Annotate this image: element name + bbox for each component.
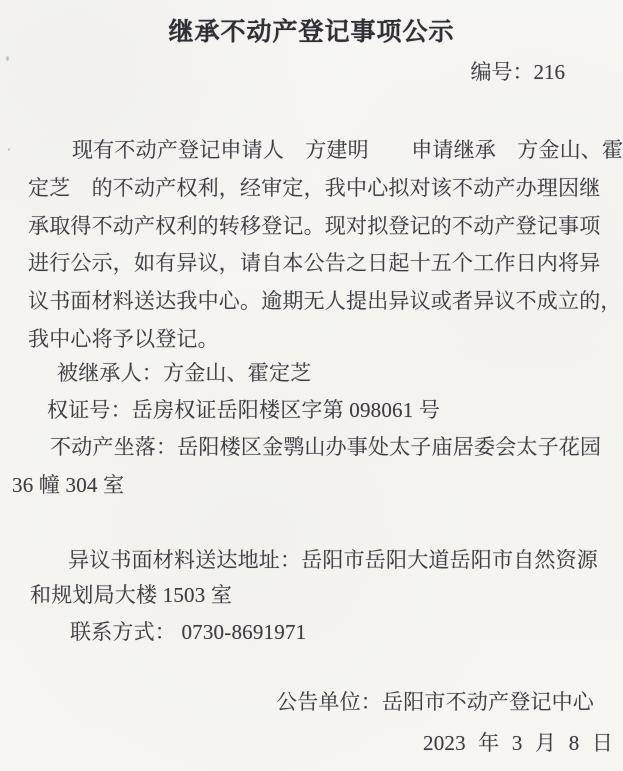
announcement-paragraph-line-5: 议书面材料送达我中心。逾期无人提出异议或者异议不成立的，	[28, 288, 622, 314]
decedent-line: 被继承人：方金山、霍定芝	[57, 360, 311, 386]
announcement-paragraph-line-2: 定芝 的不动产权利，经审定，我中心拟对该不动产办理因继	[28, 175, 600, 201]
doc-number: 编号：216	[471, 59, 566, 85]
scan-speck	[589, 300, 591, 302]
announcement-paragraph-line-4: 进行公示，如有异议，请自本公告之日起十五个工作日内将异	[28, 250, 600, 276]
announcement-paragraph-line-3: 承取得不动产权利的转移登记。现对拟登记的不动产登记事项	[28, 213, 600, 239]
scanned-announcement-page: 继承不动产登记事项公示 编号：216 现有不动产登记申请人 方建明 申请继承 方…	[0, 0, 623, 771]
date-line: 2023 年 3 月 8 日	[423, 730, 613, 756]
contact-line: 联系方式： 0730-8691971	[70, 619, 306, 645]
objection-address-line-2: 和规划局大楼 1503 室	[30, 582, 232, 608]
property-location-line-1: 不动产坐落：岳阳楼区金鹗山办事处太子庙居委会太子花园	[50, 434, 601, 460]
announcement-paragraph-line-1: 现有不动产登记申请人 方建明 申请继承 方金山、霍	[72, 137, 623, 163]
scan-speck	[6, 56, 9, 61]
page-title: 继承不动产登记事项公示	[0, 17, 623, 48]
objection-address-line-1: 异议书面材料送达地址：岳阳市岳阳大道岳阳市自然资源	[68, 547, 598, 573]
certificate-number-line: 权证号：岳房权证岳阳楼区字第 098061 号	[47, 397, 440, 423]
issuer-line: 公告单位：岳阳市不动产登记中心	[276, 689, 594, 715]
property-location-line-2: 36 幢 304 室	[12, 472, 124, 498]
scan-speck	[8, 148, 10, 151]
announcement-paragraph-line-6: 我中心将予以登记。	[28, 326, 219, 352]
